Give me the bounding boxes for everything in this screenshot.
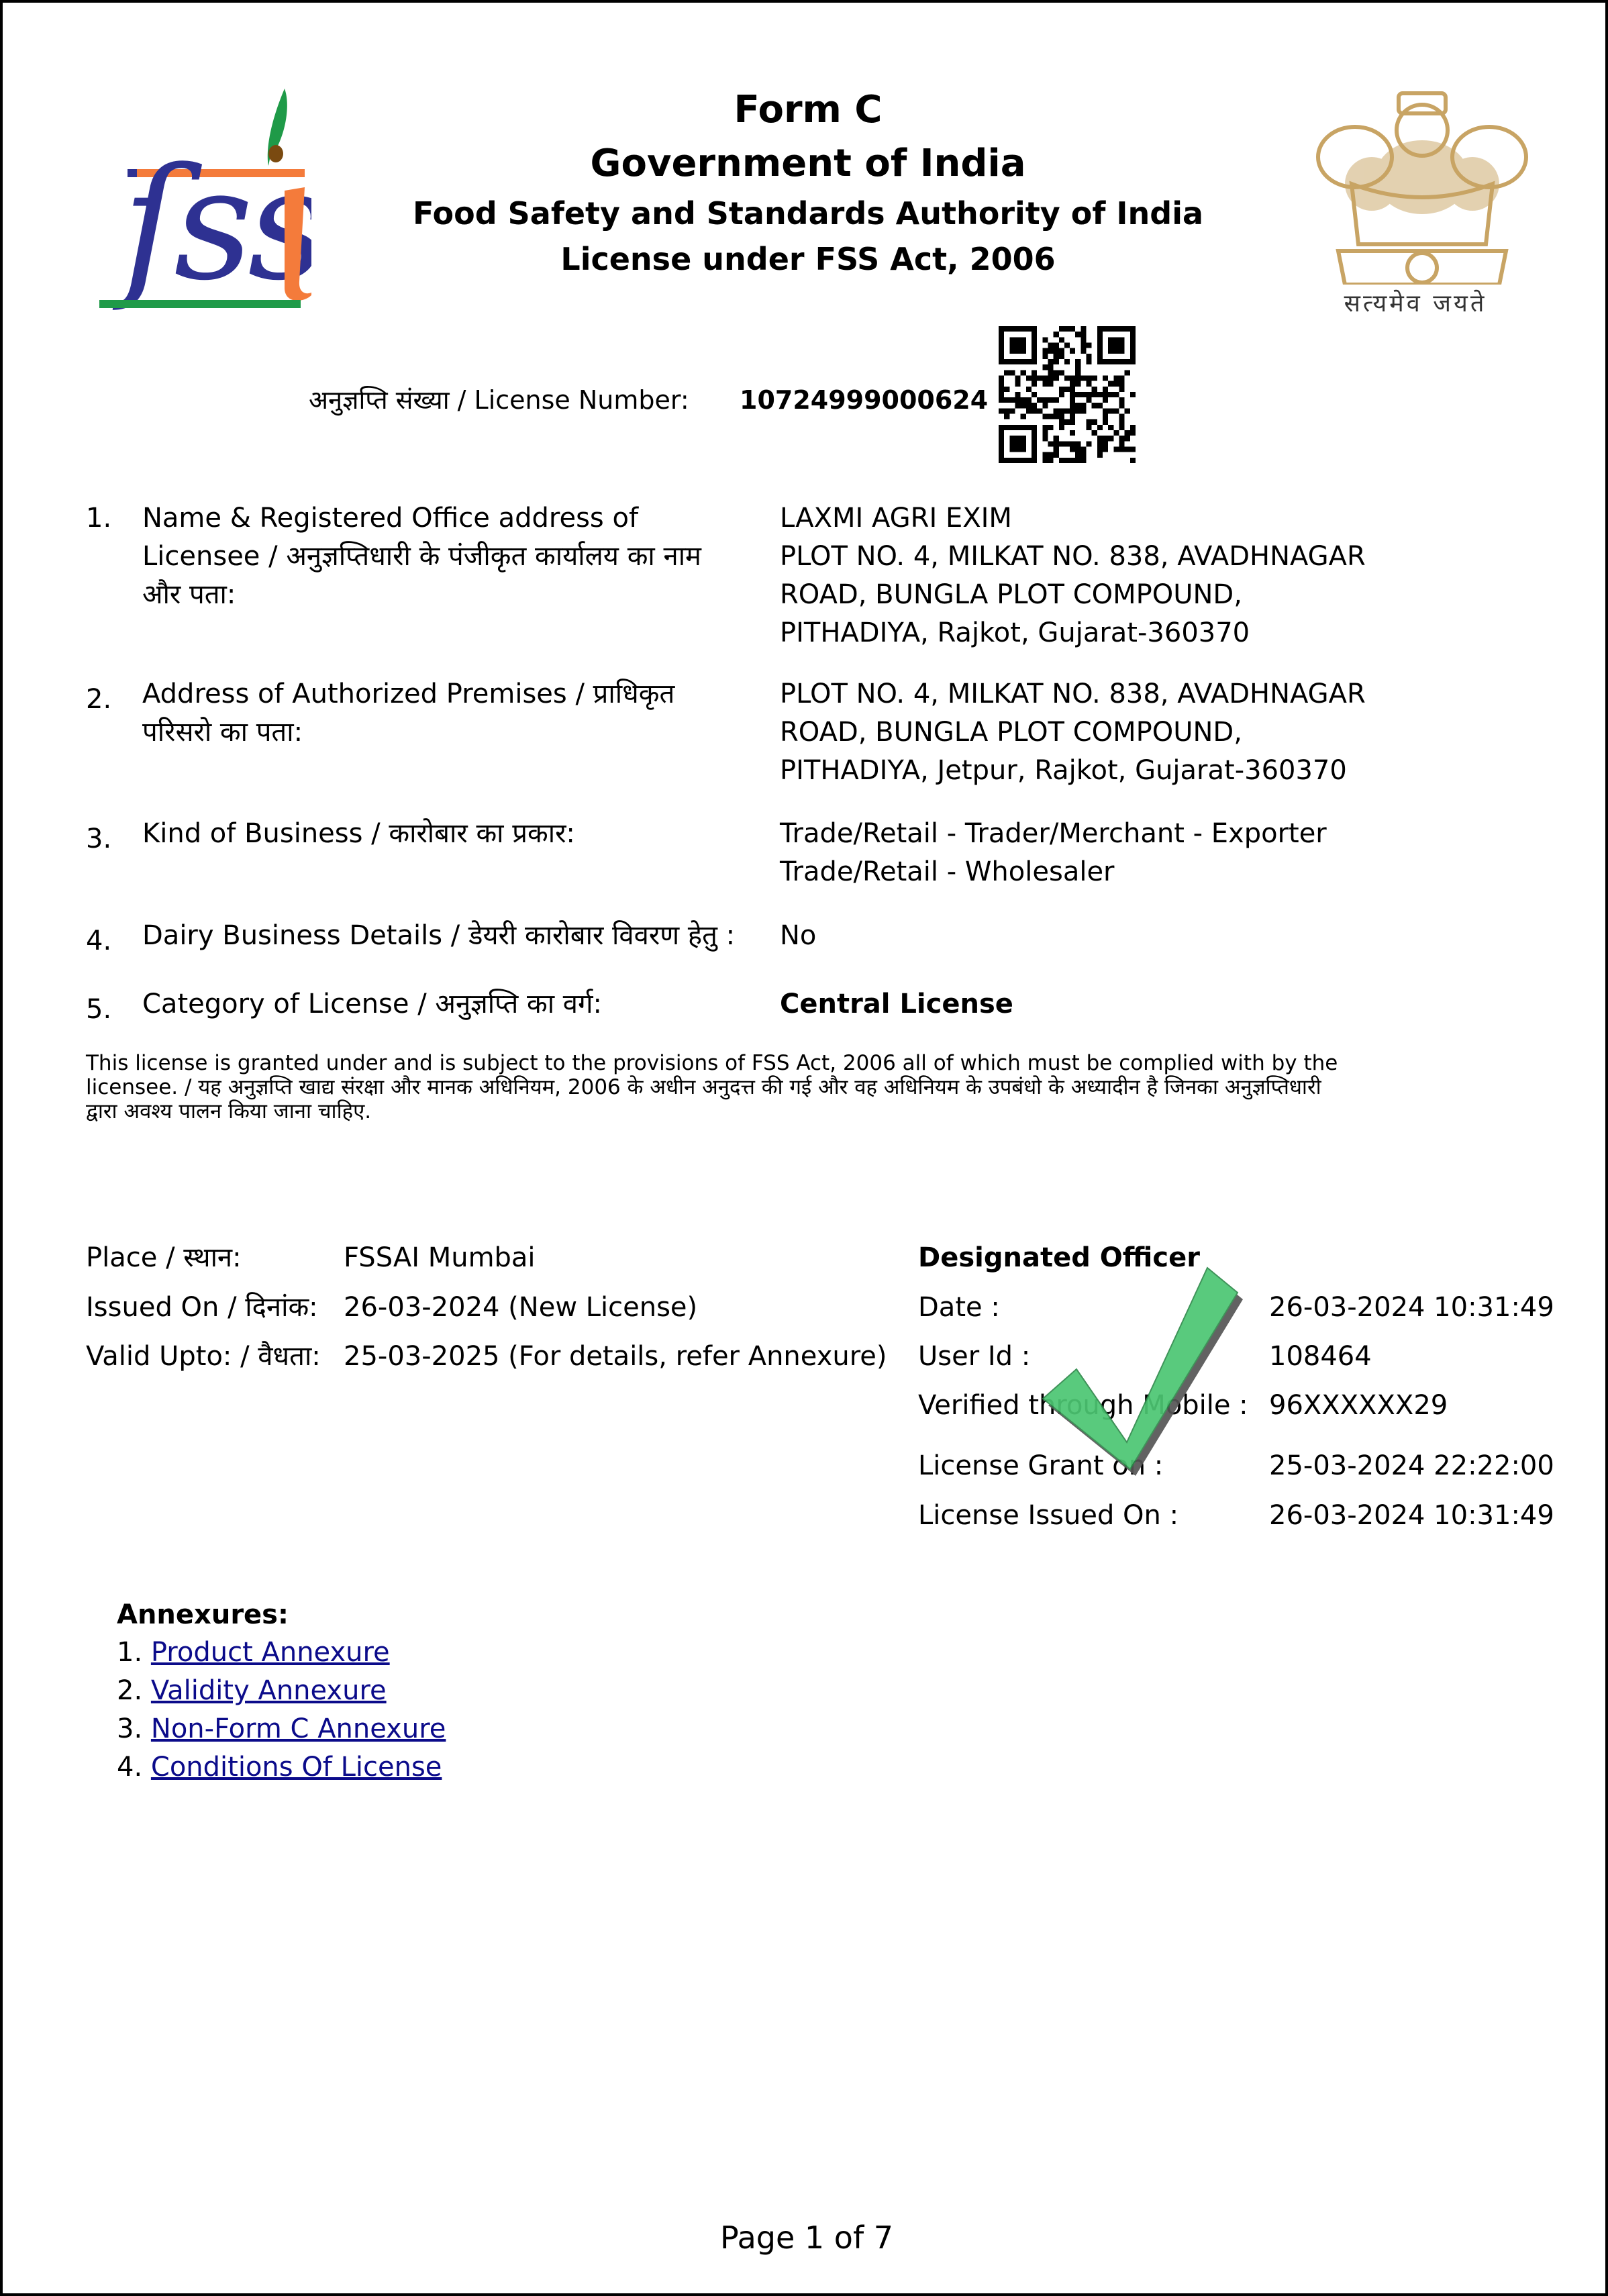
- item-value-category: Central License: [780, 985, 1518, 1024]
- license-number-value: 10724999000624: [740, 380, 988, 420]
- item-label-registered-office: Name & Registered Office address of Lice…: [142, 499, 733, 614]
- item-label-premises: Address of Authorized Premises / प्राधिक…: [142, 675, 733, 752]
- user-id-label: User Id :: [918, 1336, 1030, 1377]
- item-value-dairy: No: [780, 917, 1518, 955]
- officer-date-label: Date :: [918, 1287, 1000, 1328]
- annexure-item: 4. Conditions Of License: [117, 1748, 442, 1787]
- emblem-motto: सत्यमेव जयते: [1298, 287, 1533, 321]
- address-line: PLOT NO. 4, MILKAT NO. 838, AVADHNAGAR: [780, 675, 1518, 713]
- authority-title: Food Safety and Standards Authority of I…: [379, 191, 1238, 236]
- conditions-of-license-link[interactable]: Conditions Of License: [151, 1752, 442, 1783]
- license-issued-label: License Issued On :: [918, 1495, 1178, 1536]
- license-number-label: अनुज्ञप्ति संख्या / License Number:: [309, 380, 689, 420]
- act-title: License under FSS Act, 2006: [379, 236, 1238, 282]
- licensee-name: LAXMI AGRI EXIM: [780, 499, 1518, 538]
- government-title: Government of India: [379, 137, 1238, 191]
- form-title: Form C: [379, 83, 1238, 137]
- svg-text:ſssa: ſssa: [112, 136, 311, 315]
- valid-upto-label: Valid Upto: / वैधता:: [86, 1336, 321, 1377]
- officer-date-value: 26-03-2024 10:31:49: [1269, 1287, 1554, 1328]
- item-value-premises: PLOT NO. 4, MILKAT NO. 838, AVADHNAGAR R…: [780, 675, 1518, 790]
- item-number: 2.: [86, 681, 111, 719]
- annexures-title: Annexures:: [117, 1595, 289, 1635]
- notice-line: द्वारा अवश्य पालन किया जाना चाहिए.: [86, 1099, 1428, 1124]
- item-number: 5.: [86, 991, 111, 1029]
- license-notice: This license is granted under and is sub…: [86, 1051, 1428, 1124]
- qr-code-icon[interactable]: [999, 326, 1136, 463]
- place-label: Place / स्थान:: [86, 1238, 242, 1278]
- item-label-dairy: Dairy Business Details / डेयरी कारोबार व…: [142, 917, 813, 955]
- license-issued-value: 26-03-2024 10:31:49: [1269, 1495, 1554, 1536]
- document-title-block: Form C Government of India Food Safety a…: [379, 83, 1238, 282]
- user-id-value: 108464: [1269, 1336, 1372, 1377]
- item-label-kind-of-business: Kind of Business / कारोबार का प्रकार:: [142, 815, 733, 853]
- place-value: FSSAI Mumbai: [344, 1238, 536, 1278]
- valid-upto-value: 25-03-2025 (For details, refer Annexure): [344, 1336, 887, 1377]
- fssai-logo-icon: ſssa: [83, 87, 311, 315]
- category-value: Central License: [780, 985, 1518, 1024]
- green-checkmark-icon: [1036, 1264, 1251, 1486]
- national-emblem: सत्यमेव जयते: [1298, 83, 1533, 318]
- license-grant-value: 25-03-2024 22:22:00: [1269, 1446, 1554, 1486]
- item-number: 1.: [86, 499, 111, 538]
- item-number: 3.: [86, 820, 111, 858]
- business-kind: Trade/Retail - Trader/Merchant - Exporte…: [780, 815, 1518, 853]
- verified-mobile-value: 96XXXXXX29: [1269, 1385, 1448, 1426]
- license-page: ſssa Form C Government of India Food Saf…: [0, 0, 1608, 2296]
- address-line: ROAD, BUNGLA PLOT COMPOUND,: [780, 576, 1518, 614]
- address-line: PLOT NO. 4, MILKAT NO. 838, AVADHNAGAR: [780, 538, 1518, 576]
- issued-on-label: Issued On / दिनांक:: [86, 1287, 318, 1328]
- annexure-number: 2.: [117, 1675, 142, 1706]
- item-value-kind-of-business: Trade/Retail - Trader/Merchant - Exporte…: [780, 815, 1518, 891]
- issued-on-value: 26-03-2024 (New License): [344, 1287, 697, 1328]
- item-label-category: Category of License / अनुज्ञप्ति का वर्ग…: [142, 985, 733, 1024]
- notice-line: licensee. / यह अनुज्ञप्ति खाद्य संरक्षा …: [86, 1075, 1428, 1099]
- product-annexure-link[interactable]: Product Annexure: [151, 1637, 390, 1668]
- non-form-c-annexure-link[interactable]: Non-Form C Annexure: [151, 1713, 446, 1744]
- annexure-number: 1.: [117, 1637, 142, 1668]
- address-line: PITHADIYA, Rajkot, Gujarat-360370: [780, 614, 1518, 652]
- page-indicator: Page 1 of 7: [3, 2217, 1608, 2258]
- annexure-item: 1. Product Annexure: [117, 1634, 390, 1672]
- annexure-number: 3.: [117, 1713, 142, 1744]
- validity-annexure-link[interactable]: Validity Annexure: [151, 1675, 387, 1706]
- lion-capital-icon: [1298, 83, 1533, 285]
- annexure-item: 2. Validity Annexure: [117, 1672, 387, 1710]
- annexure-item: 3. Non-Form C Annexure: [117, 1710, 446, 1748]
- item-number: 4.: [86, 922, 111, 960]
- dairy-value: No: [780, 917, 1518, 955]
- item-value-registered-office: LAXMI AGRI EXIM PLOT NO. 4, MILKAT NO. 8…: [780, 499, 1518, 652]
- business-kind: Trade/Retail - Wholesaler: [780, 853, 1518, 891]
- notice-line: This license is granted under and is sub…: [86, 1051, 1428, 1075]
- annexure-number: 4.: [117, 1752, 142, 1783]
- address-line: ROAD, BUNGLA PLOT COMPOUND,: [780, 713, 1518, 752]
- address-line: PITHADIYA, Jetpur, Rajkot, Gujarat-36037…: [780, 752, 1518, 790]
